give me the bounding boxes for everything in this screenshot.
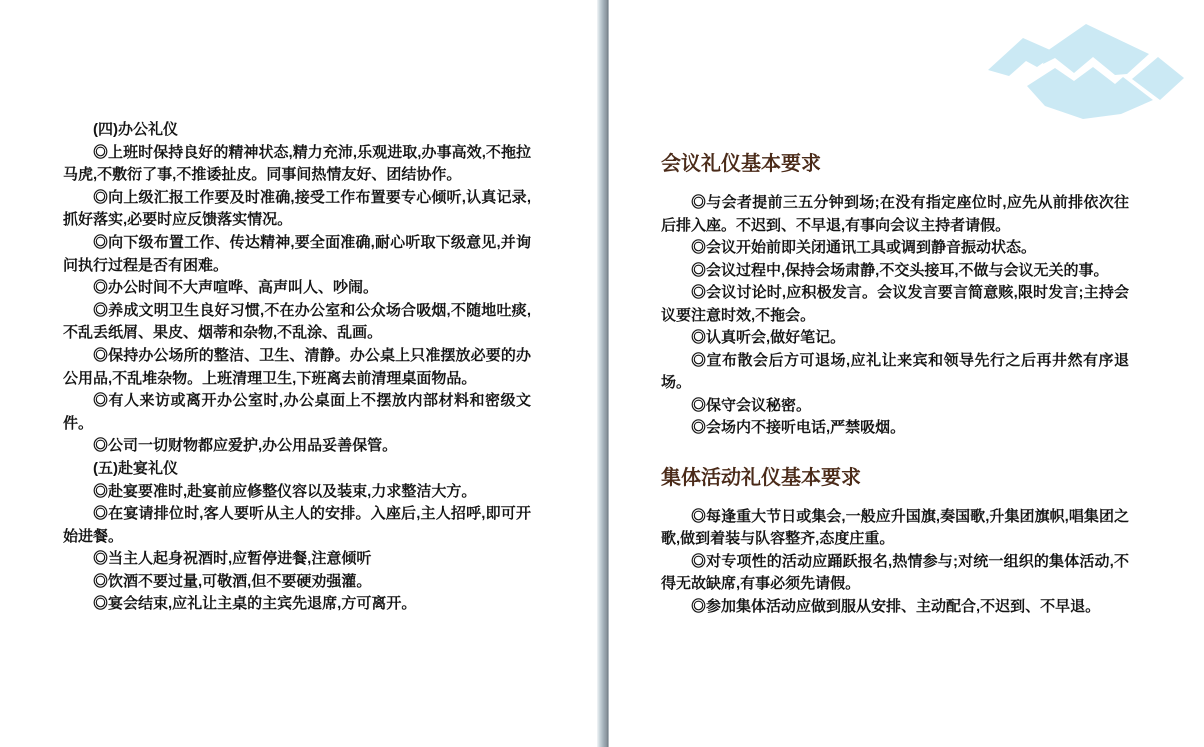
paragraph: ◎宴会结束,应礼让主桌的主宾先退席,方可离开。 [63, 593, 531, 616]
right-page: 会议礼仪基本要求 ◎与会者提前三五分钟到场;在没有指定座位时,应先从前排依次往后… [661, 150, 1129, 618]
section-heading-meeting: 会议礼仪基本要求 [661, 150, 1129, 178]
paragraph: ◎对专项性的活动应踊跃报名,热情参与;对统一组织的集体活动,不得无故缺席,有事必… [661, 551, 1129, 596]
paragraph: (五)赴宴礼仪 [63, 458, 531, 481]
paragraph: ◎办公时间不大声喧哗、高声叫人、吵闹。 [63, 277, 531, 300]
paragraph: ◎会议开始前即关闭通讯工具或调到静音振动状态。 [661, 237, 1129, 260]
logo-shape-top-middle-diamond [1043, 24, 1149, 75]
paragraph: ◎参加集体活动应做到服从安排、主动配合,不迟到、不早退。 [661, 596, 1129, 619]
paragraph: ◎与会者提前三五分钟到场;在没有指定座位时,应先从前排依次往后排入座。不迟到、不… [661, 192, 1129, 237]
paragraph: ◎保守会议秘密。 [661, 395, 1129, 418]
paragraph: ◎每逢重大节日或集会,一般应升国旗,奏国歌,升集团旗帜,唱集团之歌,做到着装与队… [661, 506, 1129, 551]
book-spread: (四)办公礼仪◎上班时保持良好的精神状态,精力充沛,乐观进取,办事高效,不拖拉马… [0, 0, 1204, 747]
paragraph: ◎饮酒不要过量,可敬酒,但不要硬劝强灌。 [63, 571, 531, 594]
section-body-meeting: ◎与会者提前三五分钟到场;在没有指定座位时,应先从前排依次往后排入座。不迟到、不… [661, 192, 1129, 440]
paragraph: ◎会议过程中,保持会场肃静,不交头接耳,不做与会议无关的事。 [661, 260, 1129, 283]
paragraph: ◎会议讨论时,应积极发言。会议发言要言简意赅,限时发言;主持会议要注意时效,不拖… [661, 282, 1129, 327]
paragraph: ◎有人来访或离开办公室时,办公桌面上不摆放内部材料和密级文件。 [63, 390, 531, 435]
paragraph: (四)办公礼仪 [63, 119, 531, 142]
section-group-activity-etiquette: 集体活动礼仪基本要求 ◎每逢重大节日或集会,一般应升国旗,奏国歌,升集团旗帜,唱… [661, 464, 1129, 619]
section-meeting-etiquette: 会议礼仪基本要求 ◎与会者提前三五分钟到场;在没有指定座位时,应先从前排依次往后… [661, 150, 1129, 440]
section-body-group-activity: ◎每逢重大节日或集会,一般应升国旗,奏国歌,升集团旗帜,唱集团之歌,做到着装与队… [661, 506, 1129, 619]
paragraph: ◎会场内不接听电话,严禁吸烟。 [661, 417, 1129, 440]
paragraph: ◎向上级汇报工作要及时准确,接受工作布置要专心倾听,认真记录,抓好落实,必要时应… [63, 187, 531, 232]
wave-logo-watermark [985, 22, 1185, 122]
page-spine-divider [597, 0, 609, 747]
paragraph: ◎宣布散会后方可退场,应礼让来宾和领导先行之后再井然有序退场。 [661, 350, 1129, 395]
paragraph: ◎养成文明卫生良好习惯,不在办公室和公众场合吸烟,不随地吐痰,不乱丢纸屑、果皮、… [63, 300, 531, 345]
paragraph: ◎认真听会,做好笔记。 [661, 327, 1129, 350]
paragraph: ◎上班时保持良好的精神状态,精力充沛,乐观进取,办事高效,不拖拉马虎,不敷衍了事… [63, 142, 531, 187]
logo-shape-bottom-zigzag-band [1027, 67, 1153, 119]
paragraph: ◎保持办公场所的整洁、卫生、清静。办公桌上只准摆放必要的办公用品,不乱堆杂物。上… [63, 345, 531, 390]
paragraph: ◎当主人起身祝酒时,应暂停进餐,注意倾听 [63, 548, 531, 571]
section-heading-group-activity: 集体活动礼仪基本要求 [661, 464, 1129, 492]
paragraph: ◎在宴请排位时,客人要听从主人的安排。入座后,主人招呼,即可开始进餐。 [63, 503, 531, 548]
left-page: (四)办公礼仪◎上班时保持良好的精神状态,精力充沛,乐观进取,办事高效,不拖拉马… [63, 119, 531, 616]
paragraph: ◎向下级布置工作、传达精神,要全面准确,耐心听取下级意见,并询问执行过程是否有困… [63, 232, 531, 277]
paragraph: ◎公司一切财物都应爱护,办公用品妥善保管。 [63, 435, 531, 458]
paragraph: ◎赴宴要准时,赴宴前应修整仪容以及装束,力求整洁大方。 [63, 481, 531, 504]
